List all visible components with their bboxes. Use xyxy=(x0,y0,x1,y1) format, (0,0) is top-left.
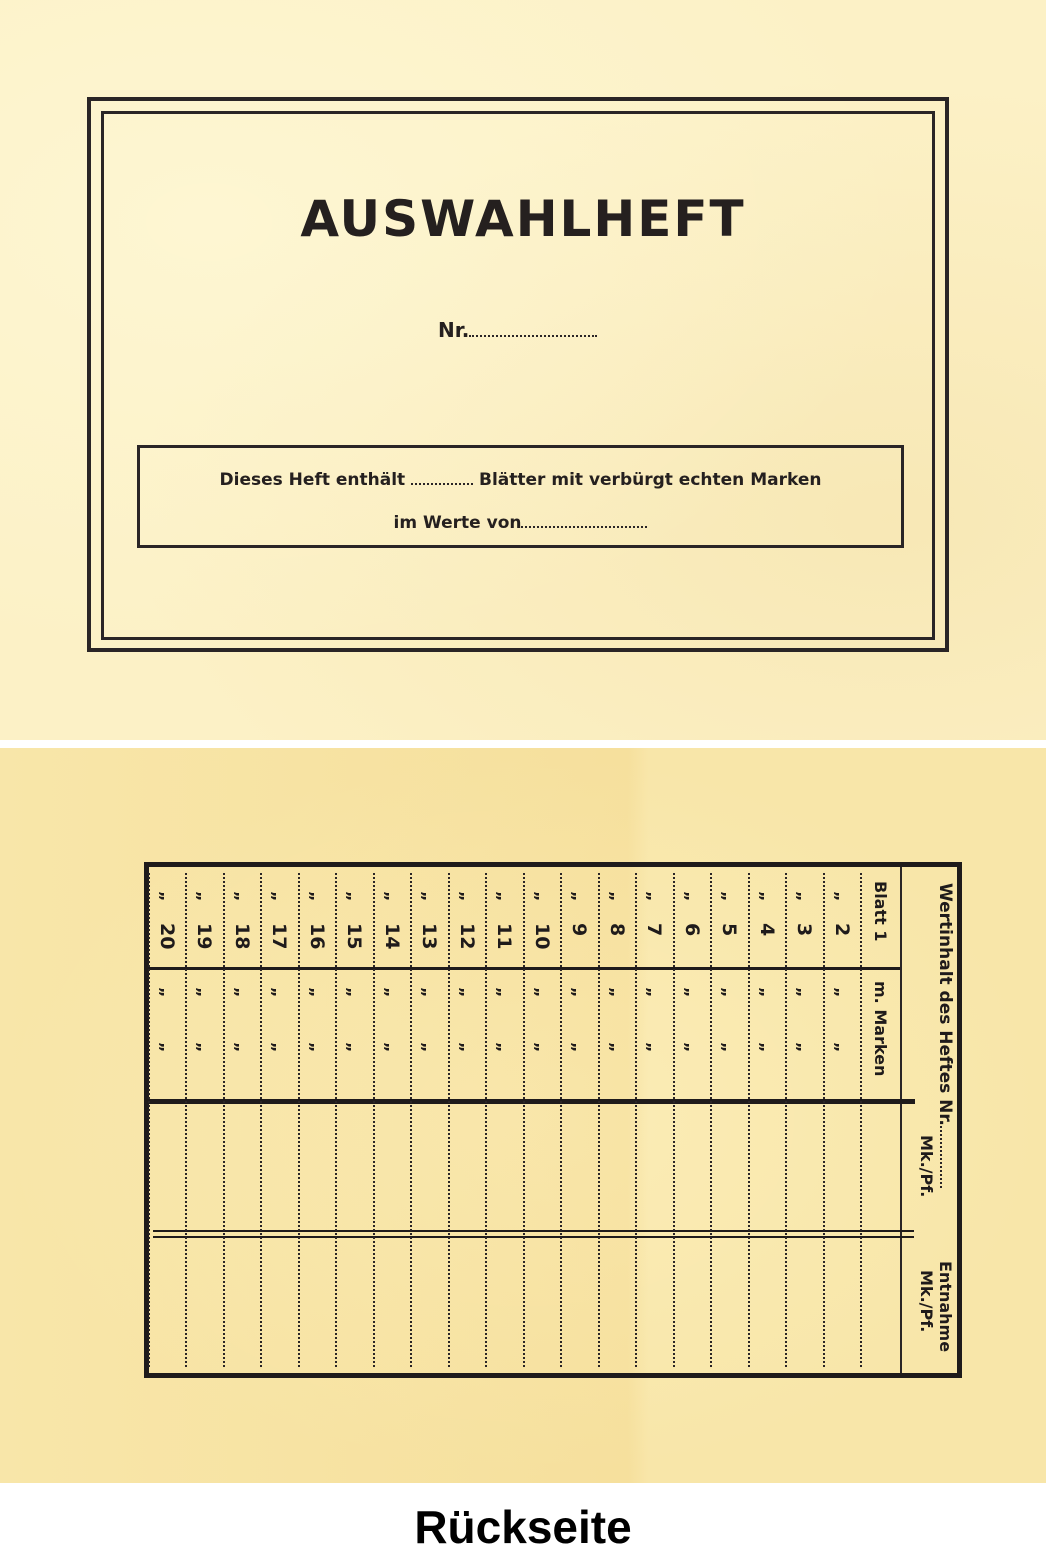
ditto-mark: „ xyxy=(344,1042,363,1053)
entnahme-label: Entnahme xyxy=(936,1261,955,1352)
value-cell[interactable] xyxy=(525,1105,559,1228)
header-title-text: Wertinhalt des Heftes Nr. xyxy=(935,883,955,1126)
blatt-label: Blatt 1 xyxy=(871,881,890,941)
withdrawal-cell[interactable] xyxy=(187,1240,221,1367)
value-cell[interactable] xyxy=(787,1105,821,1228)
ditto-mark: „ xyxy=(457,1042,476,1053)
value-cell[interactable] xyxy=(187,1105,221,1228)
ditto-mark: „ xyxy=(157,891,176,902)
ditto-mark: „ xyxy=(269,987,288,998)
header-number-blank[interactable] xyxy=(940,1126,946,1188)
contents-prefix: Dieses Heft enthält xyxy=(220,470,406,490)
withdrawal-cell[interactable] xyxy=(562,1240,596,1367)
value-cell[interactable] xyxy=(825,1105,859,1228)
ditto-mark: „ xyxy=(232,891,251,902)
sheet-number: 14 xyxy=(381,923,403,949)
ditto-mark: „ xyxy=(344,987,363,998)
sheet-number: 12 xyxy=(456,923,478,949)
ditto-mark: „ xyxy=(569,891,588,902)
value-cell[interactable] xyxy=(862,1105,896,1228)
sheet-number: 7 xyxy=(643,923,665,936)
ditto-mark: „ xyxy=(607,987,626,998)
sheet-number: 6 xyxy=(681,923,703,936)
withdrawal-cell[interactable] xyxy=(262,1240,296,1367)
header-title: Wertinhalt des Heftes Nr. xyxy=(935,883,955,1188)
ditto-mark: „ xyxy=(607,1042,626,1053)
ditto-mark: „ xyxy=(419,1042,438,1053)
withdrawal-cell[interactable] xyxy=(600,1240,634,1367)
ditto-mark: „ xyxy=(307,987,326,998)
withdrawal-cell[interactable] xyxy=(225,1240,259,1367)
sheet-number: 5 xyxy=(718,923,740,936)
value-cell[interactable] xyxy=(412,1105,446,1228)
ditto-mark: „ xyxy=(232,1042,251,1053)
caption: Rückseite xyxy=(0,1500,1046,1554)
sheet-number: 8 xyxy=(606,923,628,936)
ditto-mark: „ xyxy=(382,891,401,902)
ditto-mark: „ xyxy=(307,1042,326,1053)
ditto-mark: „ xyxy=(344,891,363,902)
ditto-mark: „ xyxy=(419,891,438,902)
ditto-mark: „ xyxy=(832,987,851,998)
double-line-b xyxy=(153,1236,914,1238)
withdrawal-cell[interactable] xyxy=(675,1240,709,1367)
ditto-mark: „ xyxy=(832,891,851,902)
value-line: im Werte von xyxy=(140,513,901,533)
front-cover: AUSWAHLHEFT Nr. Dieses Heft enthält Blät… xyxy=(0,0,1046,740)
ditto-mark: „ xyxy=(269,1042,288,1053)
contents-suffix: Blätter mit verbürgt echten Marken xyxy=(479,470,821,490)
value-cell[interactable] xyxy=(150,1105,184,1228)
contents-line: Dieses Heft enthält Blätter mit verbürgt… xyxy=(140,470,901,490)
value-cell[interactable] xyxy=(450,1105,484,1228)
ditto-mark: „ xyxy=(532,1042,551,1053)
ditto-mark: „ xyxy=(457,891,476,902)
ditto-mark: „ xyxy=(457,987,476,998)
ditto-mark: „ xyxy=(719,1042,738,1053)
entnahme-mk-pf-label: Mk./Pf. xyxy=(917,1270,936,1332)
withdrawal-cell[interactable] xyxy=(712,1240,746,1367)
ditto-mark: „ xyxy=(232,987,251,998)
ditto-mark: „ xyxy=(494,1042,513,1053)
m-marken-label: m. Marken xyxy=(871,981,890,1076)
value-cell[interactable] xyxy=(637,1105,671,1228)
ditto-mark: „ xyxy=(157,1042,176,1053)
ditto-mark: „ xyxy=(569,987,588,998)
ditto-mark: „ xyxy=(494,987,513,998)
ditto-mark: „ xyxy=(569,1042,588,1053)
ditto-mark: „ xyxy=(419,987,438,998)
value-cell[interactable] xyxy=(675,1105,709,1228)
ditto-mark: „ xyxy=(532,987,551,998)
value-cell[interactable] xyxy=(375,1105,409,1228)
value-cell[interactable] xyxy=(300,1105,334,1228)
ditto-mark: „ xyxy=(757,987,776,998)
sheet-number: 19 xyxy=(193,923,215,949)
value-label: im Werte von xyxy=(394,513,522,533)
ditto-mark: „ xyxy=(682,987,701,998)
double-line-a xyxy=(153,1230,914,1232)
value-cell[interactable] xyxy=(337,1105,371,1228)
withdrawal-cell[interactable] xyxy=(337,1240,371,1367)
sheet-number: 15 xyxy=(343,923,365,949)
withdrawal-cell[interactable] xyxy=(525,1240,559,1367)
sheet-number: 9 xyxy=(568,923,590,936)
mk-pf-label: Mk./Pf. xyxy=(917,1135,936,1197)
withdrawal-cell[interactable] xyxy=(487,1240,521,1367)
ditto-mark: „ xyxy=(644,1042,663,1053)
sheet-number: 10 xyxy=(531,923,553,949)
sheet-number: 20 xyxy=(156,923,178,949)
value-cell[interactable] xyxy=(225,1105,259,1228)
ditto-mark: „ xyxy=(832,1042,851,1053)
header-separator xyxy=(900,867,902,1373)
ditto-mark: „ xyxy=(382,987,401,998)
ditto-mark: „ xyxy=(194,987,213,998)
number-field[interactable]: Nr. xyxy=(438,318,597,342)
value-blank[interactable] xyxy=(521,522,647,528)
withdrawal-cell[interactable] xyxy=(825,1240,859,1367)
ditto-mark: „ xyxy=(719,987,738,998)
withdrawal-cell[interactable] xyxy=(787,1240,821,1367)
ditto-mark: „ xyxy=(307,891,326,902)
value-cell[interactable] xyxy=(750,1105,784,1228)
withdrawal-cell[interactable] xyxy=(450,1240,484,1367)
withdrawal-cell[interactable] xyxy=(375,1240,409,1367)
value-cell[interactable] xyxy=(600,1105,634,1228)
sheet-number: 4 xyxy=(756,923,778,936)
row-divider-thick xyxy=(149,1099,915,1104)
withdrawal-cell[interactable] xyxy=(637,1240,671,1367)
ditto-mark: „ xyxy=(719,891,738,902)
value-cell[interactable] xyxy=(487,1105,521,1228)
sheets-count-blank[interactable] xyxy=(411,479,473,485)
ditto-mark: „ xyxy=(644,891,663,902)
ditto-mark: „ xyxy=(269,891,288,902)
withdrawal-cell[interactable] xyxy=(300,1240,334,1367)
number-blank[interactable] xyxy=(469,331,597,337)
ditto-mark: „ xyxy=(757,891,776,902)
ditto-mark: „ xyxy=(194,891,213,902)
ditto-mark: „ xyxy=(194,1042,213,1053)
sheet-number: 3 xyxy=(793,923,815,936)
ditto-mark: „ xyxy=(794,987,813,998)
ditto-mark: „ xyxy=(644,987,663,998)
ditto-mark: „ xyxy=(157,987,176,998)
ditto-mark: „ xyxy=(494,891,513,902)
sheet-number: 13 xyxy=(418,923,440,949)
sheet-number: 17 xyxy=(268,923,290,949)
withdrawal-cell[interactable] xyxy=(862,1240,896,1367)
value-table: Blatt 1m. Marken„2„„„3„„„4„„„5„„„6„„„7„„… xyxy=(144,862,962,1378)
back-cover: Blatt 1m. Marken„2„„„3„„„4„„„5„„„6„„„7„„… xyxy=(0,748,1046,1483)
value-cell[interactable] xyxy=(562,1105,596,1228)
contents-box: Dieses Heft enthält Blätter mit verbürgt… xyxy=(137,445,904,548)
ditto-mark: „ xyxy=(532,891,551,902)
sheet-number: 2 xyxy=(831,923,853,936)
cover-title: AUSWAHLHEFT xyxy=(0,190,1046,248)
ditto-mark: „ xyxy=(757,1042,776,1053)
ditto-mark: „ xyxy=(607,891,626,902)
ditto-mark: „ xyxy=(682,891,701,902)
withdrawal-cell[interactable] xyxy=(750,1240,784,1367)
ditto-mark: „ xyxy=(382,1042,401,1053)
ditto-mark: „ xyxy=(794,891,813,902)
sheet-number: 18 xyxy=(231,923,253,949)
ditto-mark: „ xyxy=(682,1042,701,1053)
withdrawal-cell[interactable] xyxy=(150,1240,184,1367)
withdrawal-cell[interactable] xyxy=(412,1240,446,1367)
sheet-number: 16 xyxy=(306,923,328,949)
ditto-mark: „ xyxy=(794,1042,813,1053)
value-cell[interactable] xyxy=(712,1105,746,1228)
sheet-number: 11 xyxy=(493,923,515,949)
number-label: Nr. xyxy=(438,318,469,342)
value-cell[interactable] xyxy=(262,1105,296,1228)
